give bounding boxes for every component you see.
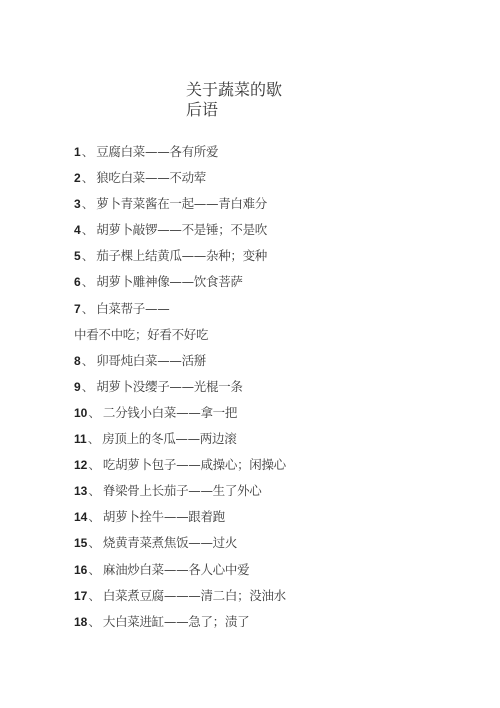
document-page: 关于蔬菜的歇 后语 1、豆腐白菜——各有所爱 2、狼吃白菜——不动荤 3、萝卜青… (0, 0, 500, 708)
item-number: 13 (74, 484, 87, 498)
item-separator: 、 (82, 222, 95, 237)
item-text: 豆腐白菜——各有所爱 (96, 144, 218, 159)
item-text: 狼吃白菜——不动荤 (96, 170, 206, 185)
item-separator: 、 (82, 379, 95, 394)
list-item: 3、萝卜青菜酱在一起——青白难分 (74, 195, 286, 221)
item-number: 16 (74, 563, 87, 577)
list-item: 10、二分钱小白菜——拿一把 (74, 404, 286, 430)
item-number: 11 (74, 432, 87, 446)
item-separator: 、 (88, 509, 101, 524)
list-item: 16、麻油炒白菜——各人心中爱 (74, 561, 286, 587)
item-text: 胡萝卜雕神像——饮食菩萨 (96, 274, 242, 289)
item-number: 6 (74, 275, 81, 289)
item-separator: 、 (82, 144, 95, 159)
item-separator: 、 (88, 562, 101, 577)
item-separator: 、 (82, 248, 95, 263)
list-item: 1、豆腐白菜——各有所爱 (74, 143, 286, 169)
list-item: 12、吃胡萝卜包子——咸操心；闲操心 (74, 456, 286, 482)
list-item: 15、烧黄青菜煮焦饭——过火 (74, 534, 286, 560)
item-text: 胡萝卜没缨子——光棍一条 (96, 379, 242, 394)
item-text: 胡萝卜敲锣——不是锤；不是吹 (96, 222, 267, 237)
list-item: 18、大白菜进缸——急了；渍了 (74, 613, 286, 639)
list-item-continuation: 中看不中吃；好看不好吃 (74, 326, 286, 352)
item-text: 烧黄青菜煮焦饭——过火 (103, 535, 237, 550)
item-separator: 、 (82, 170, 95, 185)
item-text: 脊梁骨上长茄子——生了外心 (103, 483, 262, 498)
item-text: 萝卜青菜酱在一起——青白难分 (96, 196, 267, 211)
item-number: 7 (74, 302, 81, 316)
item-separator: 、 (88, 535, 101, 550)
item-text: 大白菜进缸——急了；渍了 (103, 614, 249, 629)
list-item: 14、胡萝卜拴牛——跟着跑 (74, 508, 286, 534)
item-number: 10 (74, 406, 87, 420)
document-title: 关于蔬菜的歇 后语 (186, 80, 296, 120)
proverb-list: 1、豆腐白菜——各有所爱 2、狼吃白菜——不动荤 3、萝卜青菜酱在一起——青白难… (74, 143, 286, 639)
list-item: 5、茄子棵上结黄瓜——杂种；变种 (74, 247, 286, 273)
item-number: 3 (74, 197, 81, 211)
list-item: 17、白菜煮豆腐———清二白；没油水 (74, 587, 286, 613)
item-separator: 、 (88, 431, 101, 446)
list-item: 11、房顶上的冬瓜——两边滚 (74, 430, 286, 456)
item-number: 8 (74, 354, 81, 368)
list-item: 8、卯哥炖白菜——活掰 (74, 352, 286, 378)
item-separator: 、 (82, 196, 95, 211)
item-separator: 、 (88, 588, 101, 603)
item-separator: 、 (88, 405, 101, 420)
item-number: 4 (74, 223, 81, 237)
item-text: 胡萝卜拴牛——跟着跑 (103, 509, 225, 524)
title-line-2: 后语 (186, 100, 296, 120)
item-number: 17 (74, 589, 87, 603)
item-number: 15 (74, 536, 87, 550)
item-number: 14 (74, 510, 87, 524)
list-item: 2、狼吃白菜——不动荤 (74, 169, 286, 195)
item-separator: 、 (82, 353, 95, 368)
item-number: 12 (74, 458, 87, 472)
list-item: 7、白菜帮子—— (74, 300, 286, 326)
item-number: 9 (74, 380, 81, 394)
list-item: 6、胡萝卜雕神像——饮食菩萨 (74, 273, 286, 299)
item-number: 1 (74, 145, 81, 159)
item-separator: 、 (82, 301, 95, 316)
item-text: 卯哥炖白菜——活掰 (96, 353, 206, 368)
item-separator: 、 (88, 614, 101, 629)
item-text: 麻油炒白菜——各人心中爱 (103, 562, 249, 577)
list-item: 4、胡萝卜敲锣——不是锤；不是吹 (74, 221, 286, 247)
item-separator: 、 (88, 457, 101, 472)
item-text: 吃胡萝卜包子——咸操心；闲操心 (103, 457, 286, 472)
list-item: 9、胡萝卜没缨子——光棍一条 (74, 378, 286, 404)
item-text: 二分钱小白菜——拿一把 (103, 405, 237, 420)
item-text: 茄子棵上结黄瓜——杂种；变种 (96, 248, 267, 263)
item-number: 5 (74, 249, 81, 263)
item-text: 白菜煮豆腐———清二白；没油水 (103, 588, 286, 603)
item-number: 2 (74, 171, 81, 185)
item-text: 房顶上的冬瓜——两边滚 (102, 431, 236, 446)
item-number: 18 (74, 615, 87, 629)
item-text: 白菜帮子—— (96, 301, 169, 316)
list-item: 13、脊梁骨上长茄子——生了外心 (74, 482, 286, 508)
item-text: 中看不中吃；好看不好吃 (74, 327, 208, 342)
item-separator: 、 (82, 274, 95, 289)
title-line-1: 关于蔬菜的歇 (186, 80, 296, 100)
item-separator: 、 (88, 483, 101, 498)
